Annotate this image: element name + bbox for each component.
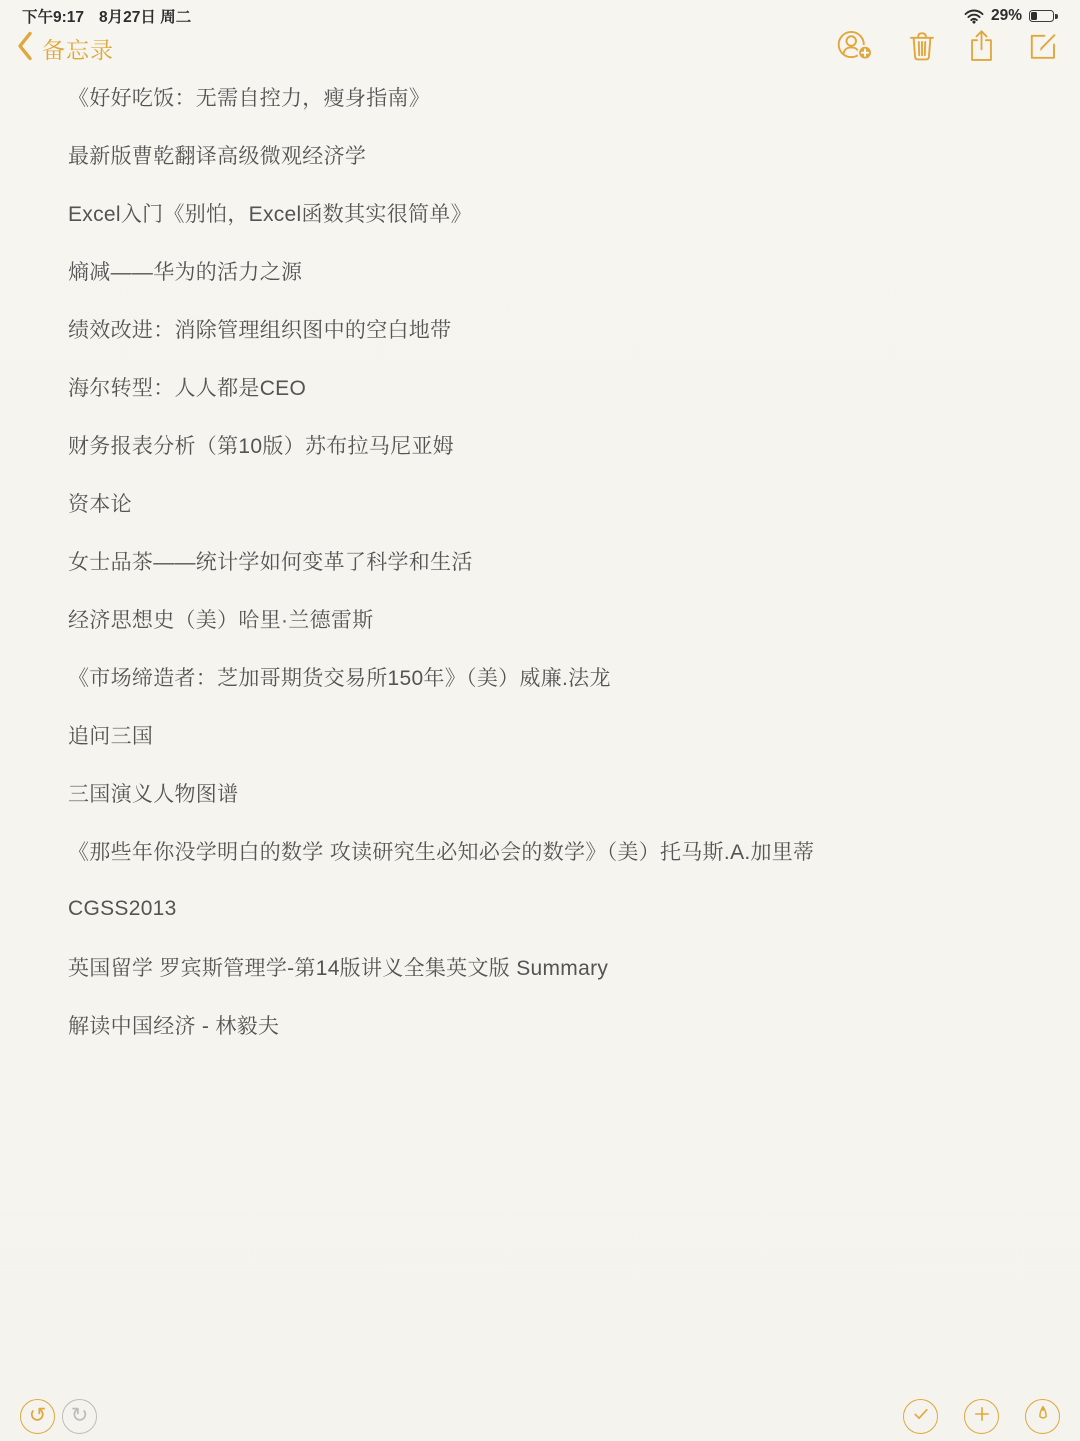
back-button[interactable]: 备忘录 xyxy=(16,31,114,66)
wifi-icon xyxy=(964,9,984,24)
chevron-left-icon xyxy=(16,31,33,66)
status-left: 下午9:17 8月27日 周二 xyxy=(22,5,191,27)
note-line[interactable]: 资本论 xyxy=(68,474,1040,532)
checklist-icon xyxy=(911,1404,931,1429)
add-person-icon xyxy=(836,29,876,67)
undo-icon: ↺ xyxy=(29,1405,47,1426)
note-line[interactable]: 女士品茶——统计学如何变革了科学和生活 xyxy=(68,532,1040,590)
redo-button[interactable]: ↻ xyxy=(62,1399,97,1434)
markup-pen-icon xyxy=(1032,1403,1054,1430)
note-line[interactable]: 解读中国经济 - 林毅夫 xyxy=(68,996,1040,1054)
note-line[interactable]: 英国留学 罗宾斯管理学-第14版讲义全集英文版 Summary xyxy=(68,938,1040,996)
note-line[interactable]: Excel入门《别怕，Excel函数其实很简单》 xyxy=(68,184,1040,242)
note-line[interactable]: 《那些年你没学明白的数学 攻读研究生必知必会的数学》（美）托马斯.A.加里蒂 xyxy=(68,822,1040,880)
note-body[interactable]: 《好好吃饭：无需自控力，瘦身指南》最新版曹乾翻译高级微观经济学Excel入门《别… xyxy=(0,68,1080,1054)
status-date: 8月27日 周二 xyxy=(99,5,191,27)
share-button[interactable] xyxy=(968,29,995,67)
trash-icon xyxy=(909,31,935,66)
battery-percent: 29% xyxy=(991,7,1022,25)
compose-button[interactable] xyxy=(1028,31,1058,66)
note-line[interactable]: 三国演义人物图谱 xyxy=(68,764,1040,822)
undo-redo-group: ↺ ↻ xyxy=(20,1399,97,1434)
status-bar: 下午9:17 8月27日 周二 29% xyxy=(0,0,1080,26)
nav-bar: 备忘录 xyxy=(0,26,1080,68)
plus-icon xyxy=(972,1404,992,1429)
note-line[interactable]: 绩效改进：消除管理组织图中的空白地带 xyxy=(68,300,1040,358)
battery-icon xyxy=(1029,10,1054,22)
add-attachment-button[interactable] xyxy=(964,1399,999,1434)
note-line[interactable]: 经济思想史（美）哈里·兰德雷斯 xyxy=(68,590,1040,648)
notes-app-screen: 下午9:17 8月27日 周二 29% xyxy=(0,0,1080,1441)
status-right: 29% xyxy=(964,7,1054,25)
compose-icon xyxy=(1028,31,1058,66)
share-icon xyxy=(968,29,995,67)
undo-button[interactable]: ↺ xyxy=(20,1399,55,1434)
add-collaborator-button[interactable] xyxy=(836,29,876,67)
redo-icon: ↻ xyxy=(71,1405,89,1426)
markup-button[interactable] xyxy=(1025,1399,1060,1434)
delete-note-button[interactable] xyxy=(909,31,935,66)
note-line[interactable]: 追问三国 xyxy=(68,706,1040,764)
nav-actions xyxy=(836,29,1058,67)
checklist-button[interactable] xyxy=(903,1399,938,1434)
back-label: 备忘录 xyxy=(42,32,114,65)
note-line[interactable]: CGSS2013 xyxy=(68,880,1040,938)
note-line[interactable]: 海尔转型：人人都是CEO xyxy=(68,358,1040,416)
editing-tools-group xyxy=(903,1399,1060,1434)
note-line[interactable]: 《好好吃饭：无需自控力，瘦身指南》 xyxy=(68,68,1040,126)
note-line[interactable]: 《市场缔造者：芝加哥期货交易所150年》（美）威廉.法龙 xyxy=(68,648,1040,706)
note-line[interactable]: 熵减——华为的活力之源 xyxy=(68,242,1040,300)
note-line[interactable]: 财务报表分析（第10版）苏布拉马尼亚姆 xyxy=(68,416,1040,474)
status-time: 下午9:17 xyxy=(22,5,84,27)
bottom-toolbar: ↺ ↻ xyxy=(0,1395,1080,1437)
note-line[interactable]: 最新版曹乾翻译高级微观经济学 xyxy=(68,126,1040,184)
